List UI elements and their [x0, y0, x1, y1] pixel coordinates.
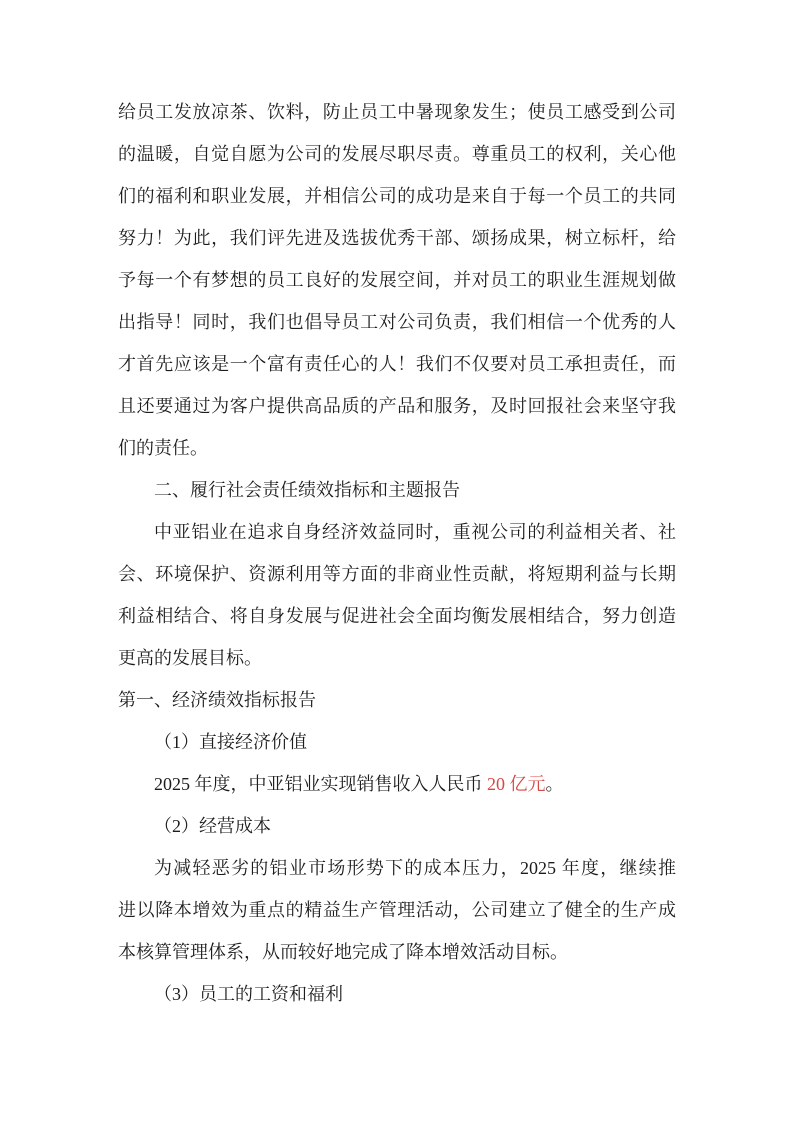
- text-content: 给员工发放凉茶、饮料，防止员工中暑现象发生；使员工感受到公司 的温暖，自觉自愿为…: [118, 91, 676, 1015]
- revenue-line: 2025 年度，中亚铝业实现销售收入人民币 20 亿元。: [118, 763, 676, 805]
- revenue-suffix: 。: [546, 774, 564, 794]
- body-line: 才首先应该是一个富有责任心的人！我们不仅要对员工承担责任，而: [118, 343, 676, 385]
- body-line: 出指导！同时，我们也倡导员工对公司负责，我们相信一个优秀的人: [118, 301, 676, 343]
- subsection-heading: 第一、经济绩效指标报告: [118, 679, 676, 721]
- body-line: 更高的发展目标。: [118, 637, 676, 679]
- body-line: 给员工发放凉茶、饮料，防止员工中暑现象发生；使员工感受到公司: [118, 91, 676, 133]
- revenue-amount: 20 亿元: [487, 774, 546, 794]
- body-line: 会、环境保护、资源利用等方面的非商业性贡献，将短期利益与长期: [118, 553, 676, 595]
- item-3-heading: （3）员工的工资和福利: [118, 973, 676, 1015]
- body-line: 努力！为此，我们评先进及选拔优秀干部、颂扬成果，树立标杆，给: [118, 217, 676, 259]
- revenue-prefix: 2025 年度，中亚铝业实现销售收入人民币: [154, 774, 487, 794]
- body-line: 利益相结合、将自身发展与促进社会全面均衡发展相结合，努力创造: [118, 595, 676, 637]
- body-line: 进以降本增效为重点的精益生产管理活动，公司建立了健全的生产成: [118, 889, 676, 931]
- body-line: 为减轻恶劣的铝业市场形势下的成本压力，2025 年度，继续推: [118, 847, 676, 889]
- body-line: 们的责任。: [118, 427, 676, 469]
- body-line: 本核算管理体系，从而较好地完成了降本增效活动目标。: [118, 931, 676, 973]
- body-line: 予每一个有梦想的员工良好的发展空间，并对员工的职业生涯规划做: [118, 259, 676, 301]
- item-2-heading: （2）经营成本: [118, 805, 676, 847]
- body-line: 们的福利和职业发展，并相信公司的成功是来自于每一个员工的共同: [118, 175, 676, 217]
- section-heading: 二、履行社会责任绩效指标和主题报告: [118, 469, 676, 511]
- body-line: 且还要通过为客户提供高品质的产品和服务，及时回报社会来坚守我: [118, 385, 676, 427]
- body-line: 中亚铝业在追求自身经济效益同时，重视公司的利益相关者、社: [118, 511, 676, 553]
- body-line: 的温暖，自觉自愿为公司的发展尽职尽责。尊重员工的权利，关心他: [118, 133, 676, 175]
- document-page: 给员工发放凉茶、饮料，防止员工中暑现象发生；使员工感受到公司 的温暖，自觉自愿为…: [0, 0, 794, 1123]
- item-1-heading: （1）直接经济价值: [118, 721, 676, 763]
